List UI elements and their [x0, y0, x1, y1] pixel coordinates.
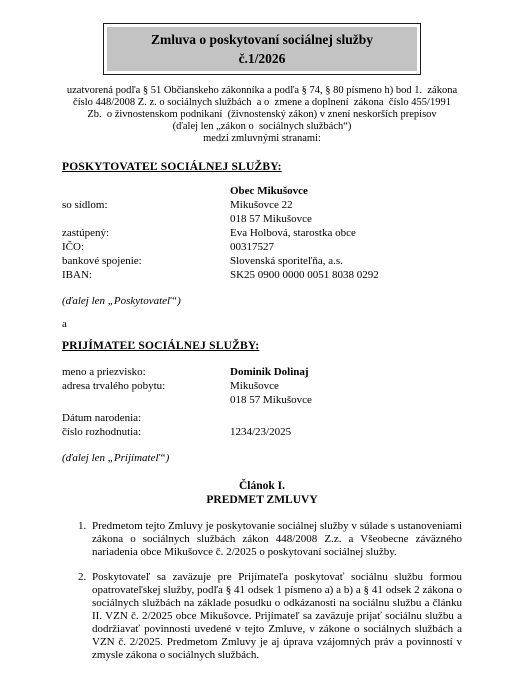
- provider-iban: SK25 0900 0000 0051 8038 0292: [230, 268, 462, 282]
- contract-title: Zmluva o poskytovaní sociálnej služby č.…: [107, 27, 417, 71]
- provider-row-representative: zastúpený: Eva Holbová, starostka obce: [62, 226, 462, 240]
- recipient-row-address1: adresa trvalého pobytu: Mikušovce: [62, 379, 462, 393]
- contract-title-text: Zmluva o poskytovaní sociálnej služby: [109, 30, 415, 49]
- article1-subtitle: PREDMET ZMLUVY: [62, 494, 462, 508]
- recipient-address-line1: Mikušovce: [230, 379, 462, 393]
- recipient-label-decision-number: číslo rozhodnutia:: [62, 425, 230, 439]
- recipient-address-line2: 018 57 Mikušovce: [230, 393, 462, 407]
- provider-section-heading: POSKYTOVATEĽ SOCIÁLNEJ SLUŽBY:: [62, 161, 462, 174]
- provider-label-blank2: [62, 212, 230, 226]
- provider-label-ico: IČO:: [62, 240, 230, 254]
- recipient-section-heading: PRIJÍMATEĽ SOCIÁLNEJ SLUŽBY:: [62, 340, 462, 353]
- clause-2-number: 2.: [78, 571, 92, 662]
- recipient-label-name: meno a priezvisko:: [62, 365, 230, 379]
- provider-label-blank: [62, 184, 230, 198]
- clause-1-text: Predmetom tejto Zmluvy je poskytovanie s…: [92, 520, 462, 559]
- recipient-label-birthdate: Dátum narodenia:: [62, 411, 230, 425]
- provider-address-line2: 018 57 Mikušovce: [230, 212, 462, 226]
- recipient-label-address: adresa trvalého pobytu:: [62, 379, 230, 393]
- clause-1-number: 1.: [78, 520, 92, 559]
- recipient-birthdate: [230, 411, 462, 425]
- provider-ico: 00317527: [230, 240, 462, 254]
- provider-row-name: Obec Mikušovce: [62, 184, 462, 198]
- provider-bank: Slovenská sporiteľňa, a.s.: [230, 254, 462, 268]
- contract-title-box: Zmluva o poskytovaní sociálnej služby č.…: [103, 23, 421, 75]
- provider-details: Obec Mikušovce so sídlom: Mikušovce 22 0…: [62, 184, 462, 282]
- clause-2-text: Poskytovateľ sa zaväzuje pre Prijímateľa…: [92, 571, 462, 662]
- provider-alias: (ďalej len „Poskytovateľ“): [62, 295, 462, 308]
- provider-row-iban: IBAN: SK25 0900 0000 0051 8038 0292: [62, 268, 462, 282]
- provider-row-ico: IČO: 00317527: [62, 240, 462, 254]
- provider-label-bank: bankové spojenie:: [62, 254, 230, 268]
- provider-label-address: so sídlom:: [62, 198, 230, 212]
- provider-row-bank: bankové spojenie: Slovenská sporiteľňa, …: [62, 254, 462, 268]
- recipient-alias: (ďalej len „Prijímateľ“): [62, 452, 462, 465]
- recipient-row-address2: 018 57 Mikušovce: [62, 393, 462, 407]
- clause-2: 2. Poskytovateľ sa zaväzuje pre Prijímat…: [78, 571, 462, 662]
- recipient-row-decision-number: číslo rozhodnutia: 1234/23/2025: [62, 425, 462, 439]
- article1-clauses: 1. Predmetom tejto Zmluvy je poskytovani…: [62, 520, 462, 662]
- recipient-row-name: meno a priezvisko: Dominik Dolinaj: [62, 365, 462, 379]
- provider-name: Obec Mikušovce: [230, 184, 462, 198]
- recipient-name: Dominik Dolinaj: [230, 365, 462, 379]
- article1-heading: Článok I. PREDMET ZMLUVY: [62, 480, 462, 507]
- provider-label-representative: zastúpený:: [62, 226, 230, 240]
- contract-document-page: Zmluva o poskytovaní sociálnej služby č.…: [0, 0, 520, 680]
- article1-title: Článok I.: [62, 480, 462, 494]
- contract-number: č.1/2026: [109, 49, 415, 68]
- conjunction-a: a: [62, 318, 462, 331]
- recipient-label-blank: [62, 393, 230, 407]
- recipient-decision-number: 1234/23/2025: [230, 425, 462, 439]
- provider-address-line1: Mikušovce 22: [230, 198, 462, 212]
- provider-row-address2: 018 57 Mikušovce: [62, 212, 462, 226]
- recipient-row-birthdate: Dátum narodenia:: [62, 411, 462, 425]
- provider-label-iban: IBAN:: [62, 268, 230, 282]
- clause-1: 1. Predmetom tejto Zmluvy je poskytovani…: [78, 520, 462, 559]
- provider-representative: Eva Holbová, starostka obce: [230, 226, 462, 240]
- provider-row-address1: so sídlom: Mikušovce 22: [62, 198, 462, 212]
- recipient-details: meno a priezvisko: Dominik Dolinaj adres…: [62, 365, 462, 439]
- preamble-paragraph: uzatvorená podľa § 51 Občianskeho zákonn…: [62, 85, 462, 145]
